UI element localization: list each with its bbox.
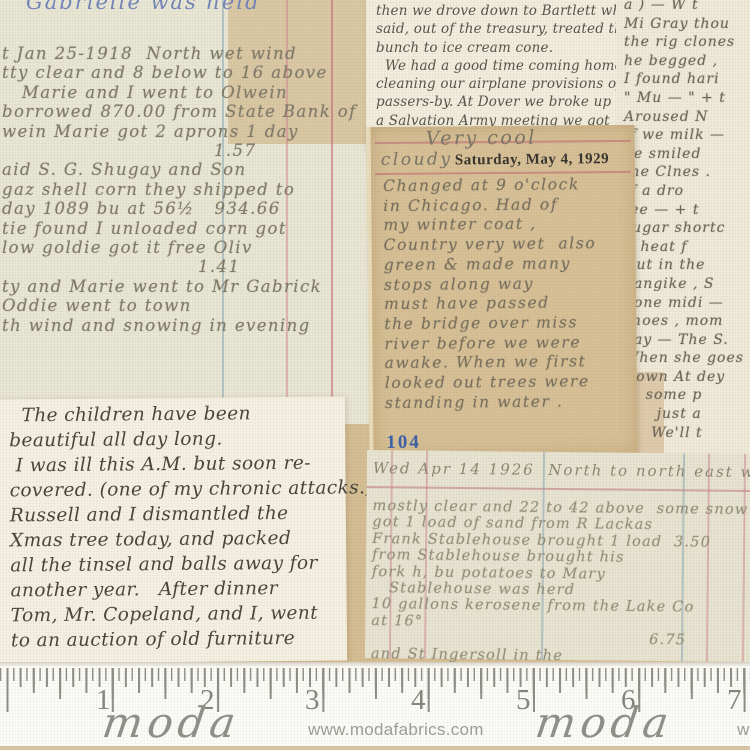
diary-weather-note-2: cloudy [381, 149, 453, 170]
handwriting-line: he begged , [624, 52, 744, 71]
handwriting-line: my winter coat , [383, 215, 596, 237]
handwriting-line: a ) — W t [624, 0, 744, 15]
moda-url: www.modafabrics.com [308, 720, 484, 740]
handwriting-line: day 1089 bu at 56½ 934.66 [2, 199, 357, 218]
handwriting-line: Country very wet also [384, 234, 597, 256]
handwriting-line: " Mu — " + t [624, 89, 744, 108]
handwriting-line: said, out of the treasury, treated the [376, 20, 638, 38]
handwriting-line: I was ill this A.M. but soon re- [9, 450, 373, 478]
handwriting-line: A heat f [624, 238, 744, 257]
handwriting-line: stops along way [384, 274, 597, 296]
blue-ink-note: Gabrielle was held [26, 0, 261, 14]
handwriting-line: passers-by. At Dover we broke up [376, 93, 638, 111]
handwriting-line: must have passed [384, 293, 597, 315]
handwriting-line: fee — + t [624, 201, 744, 220]
handwriting-line: If we milk — [624, 126, 744, 145]
handwriting-line: just a [624, 405, 744, 424]
handwriting-line: he smiled [624, 145, 744, 164]
handwriting-line: day — The S. [624, 331, 744, 350]
handwriting-line: When she goes [624, 349, 744, 368]
handwriting-line: done midi — [624, 294, 744, 313]
ruler-inch-number: 5 [516, 684, 531, 717]
handwriting-line: beautiful all day long. [9, 425, 373, 453]
handwriting-line: the rig clones [624, 33, 744, 52]
handwriting-line: shoes , mom [624, 312, 744, 331]
diary-weather-note: Very cool [426, 127, 537, 150]
ruler-inch-number: 7 [727, 684, 742, 717]
handwriting-line: standing in water . [385, 392, 598, 414]
handwriting-block-apr-1926: mostly clear and 22 to 42 above some sno… [371, 498, 749, 666]
handwriting-line: borrowed 870.00 from State Bank of [2, 102, 357, 121]
handwriting-line: low goldie got it free Oliv [2, 238, 357, 257]
handwriting-line: tty clear and 8 below to 16 above [2, 63, 357, 82]
handwriting-line: in Chicago. Had of [383, 195, 596, 217]
handwriting-line: some p [624, 386, 744, 405]
ledger-rule-horizontal [367, 486, 750, 492]
moda-url: www.modafabrics.com [737, 720, 750, 740]
moda-logo: moda [100, 702, 243, 744]
handwriting-line: wein Marie got 2 aprons 1 day [2, 122, 357, 141]
handwriting-line: I found hari [624, 70, 744, 89]
handwriting-line: Marie and I went to Olwein [2, 83, 357, 102]
ledger-header-line: Wed Apr 14 1926 North to north east wind [373, 459, 750, 481]
handwriting-block-may-1929: Changed at 9 o'clockin Chicago. Had ofmy… [383, 175, 598, 413]
handwriting-line: aid S. G. Shugay and Son [2, 160, 357, 179]
handwriting-line: Russell and I dismantled the [10, 500, 374, 528]
handwriting-line: ty and Marie went to Mr Gabrick [2, 277, 357, 296]
handwriting-line: river before we were [384, 333, 597, 355]
handwriting-line: Down At dey [624, 368, 744, 387]
handwriting-line: Out in the [624, 256, 744, 275]
handwriting-line: tie found I unloaded corn got [2, 219, 357, 238]
handwriting-line: all the tinsel and balls away for [10, 550, 374, 578]
handwriting-line: Xmas tree today, and packed [10, 525, 374, 553]
patch-ledger-apr-1926: Wed Apr 14 1926 North to north east wind… [365, 450, 750, 662]
handwriting-line: gangike , S [624, 275, 744, 294]
handwriting-line: the Clnes . [624, 163, 744, 182]
ruler-inch-number: 3 [305, 684, 320, 717]
handwriting-line: Aroused N [624, 108, 744, 127]
handwriting-line: to an auction of old furniture [11, 625, 375, 653]
patch-note-children: The children have beenbeautiful all day … [0, 396, 347, 663]
printed-diary-date: Saturday, May 4, 1929 [455, 151, 609, 169]
handwriting-line: looked out trees were [385, 372, 598, 394]
fabric-repeat-edge [0, 746, 750, 750]
patch-diary-may-1929: Very cool cloudy Saturday, May 4, 1929 C… [367, 125, 638, 457]
fabric-swatch-photo: Gabrielle was held t Jan 25-1918 North w… [0, 0, 750, 750]
handwriting-line: Mi Gray thou [624, 15, 744, 34]
handwriting-line: sugar shortc [624, 219, 744, 238]
handwriting-line: Tom, Mr. Copeland, and I, went [11, 600, 375, 628]
selvage-ruler: 1234567 moda www.modafabrics.com moda ww… [0, 662, 750, 750]
handwriting-line: bunch to ice cream cone. [376, 39, 638, 57]
handwriting-line: If a dro [624, 182, 744, 201]
patch-journal-jan-1918: Gabrielle was held t Jan 25-1918 North w… [0, 0, 394, 424]
handwriting-line: t Jan 25-1918 North wet wind [2, 44, 357, 63]
handwriting-line: covered. (one of my chronic attacks.) [10, 475, 374, 503]
handwriting-line: then we drove down to Bartlett when [376, 2, 638, 20]
handwriting-block-jan-1918: t Jan 25-1918 North wet windtty clear an… [2, 44, 357, 335]
handwriting-line: 1.57 [2, 141, 357, 160]
handwriting-line: awake. When we first [385, 352, 598, 374]
handwriting-block-margin: a ) — W tMi Gray thouthe rig cloneshe be… [624, 0, 744, 442]
handwriting-line: th wind and snowing in evening [2, 316, 357, 335]
handwriting-line: green & made many [384, 254, 597, 276]
handwriting-line: We'll t [624, 424, 744, 443]
moda-logo: moda [533, 702, 676, 744]
ruler-inch-number: 4 [411, 684, 426, 717]
handwriting-line: 1.41 [2, 257, 357, 276]
handwriting-line: The children have been [9, 400, 373, 428]
handwriting-line: We had a good time coming home, [376, 57, 638, 75]
handwriting-line: gaz shell corn they shipped to [2, 180, 357, 199]
handwriting-line: Changed at 9 o'clock [383, 175, 596, 197]
handwriting-line: cleaning our airplane provisions of [376, 75, 638, 93]
handwriting-block-children: The children have beenbeautiful all day … [9, 400, 375, 653]
handwriting-line: Oddie went to town [2, 296, 357, 315]
handwriting-line: another year. After dinner [10, 575, 374, 603]
handwriting-line: the bridge over miss [384, 313, 597, 335]
